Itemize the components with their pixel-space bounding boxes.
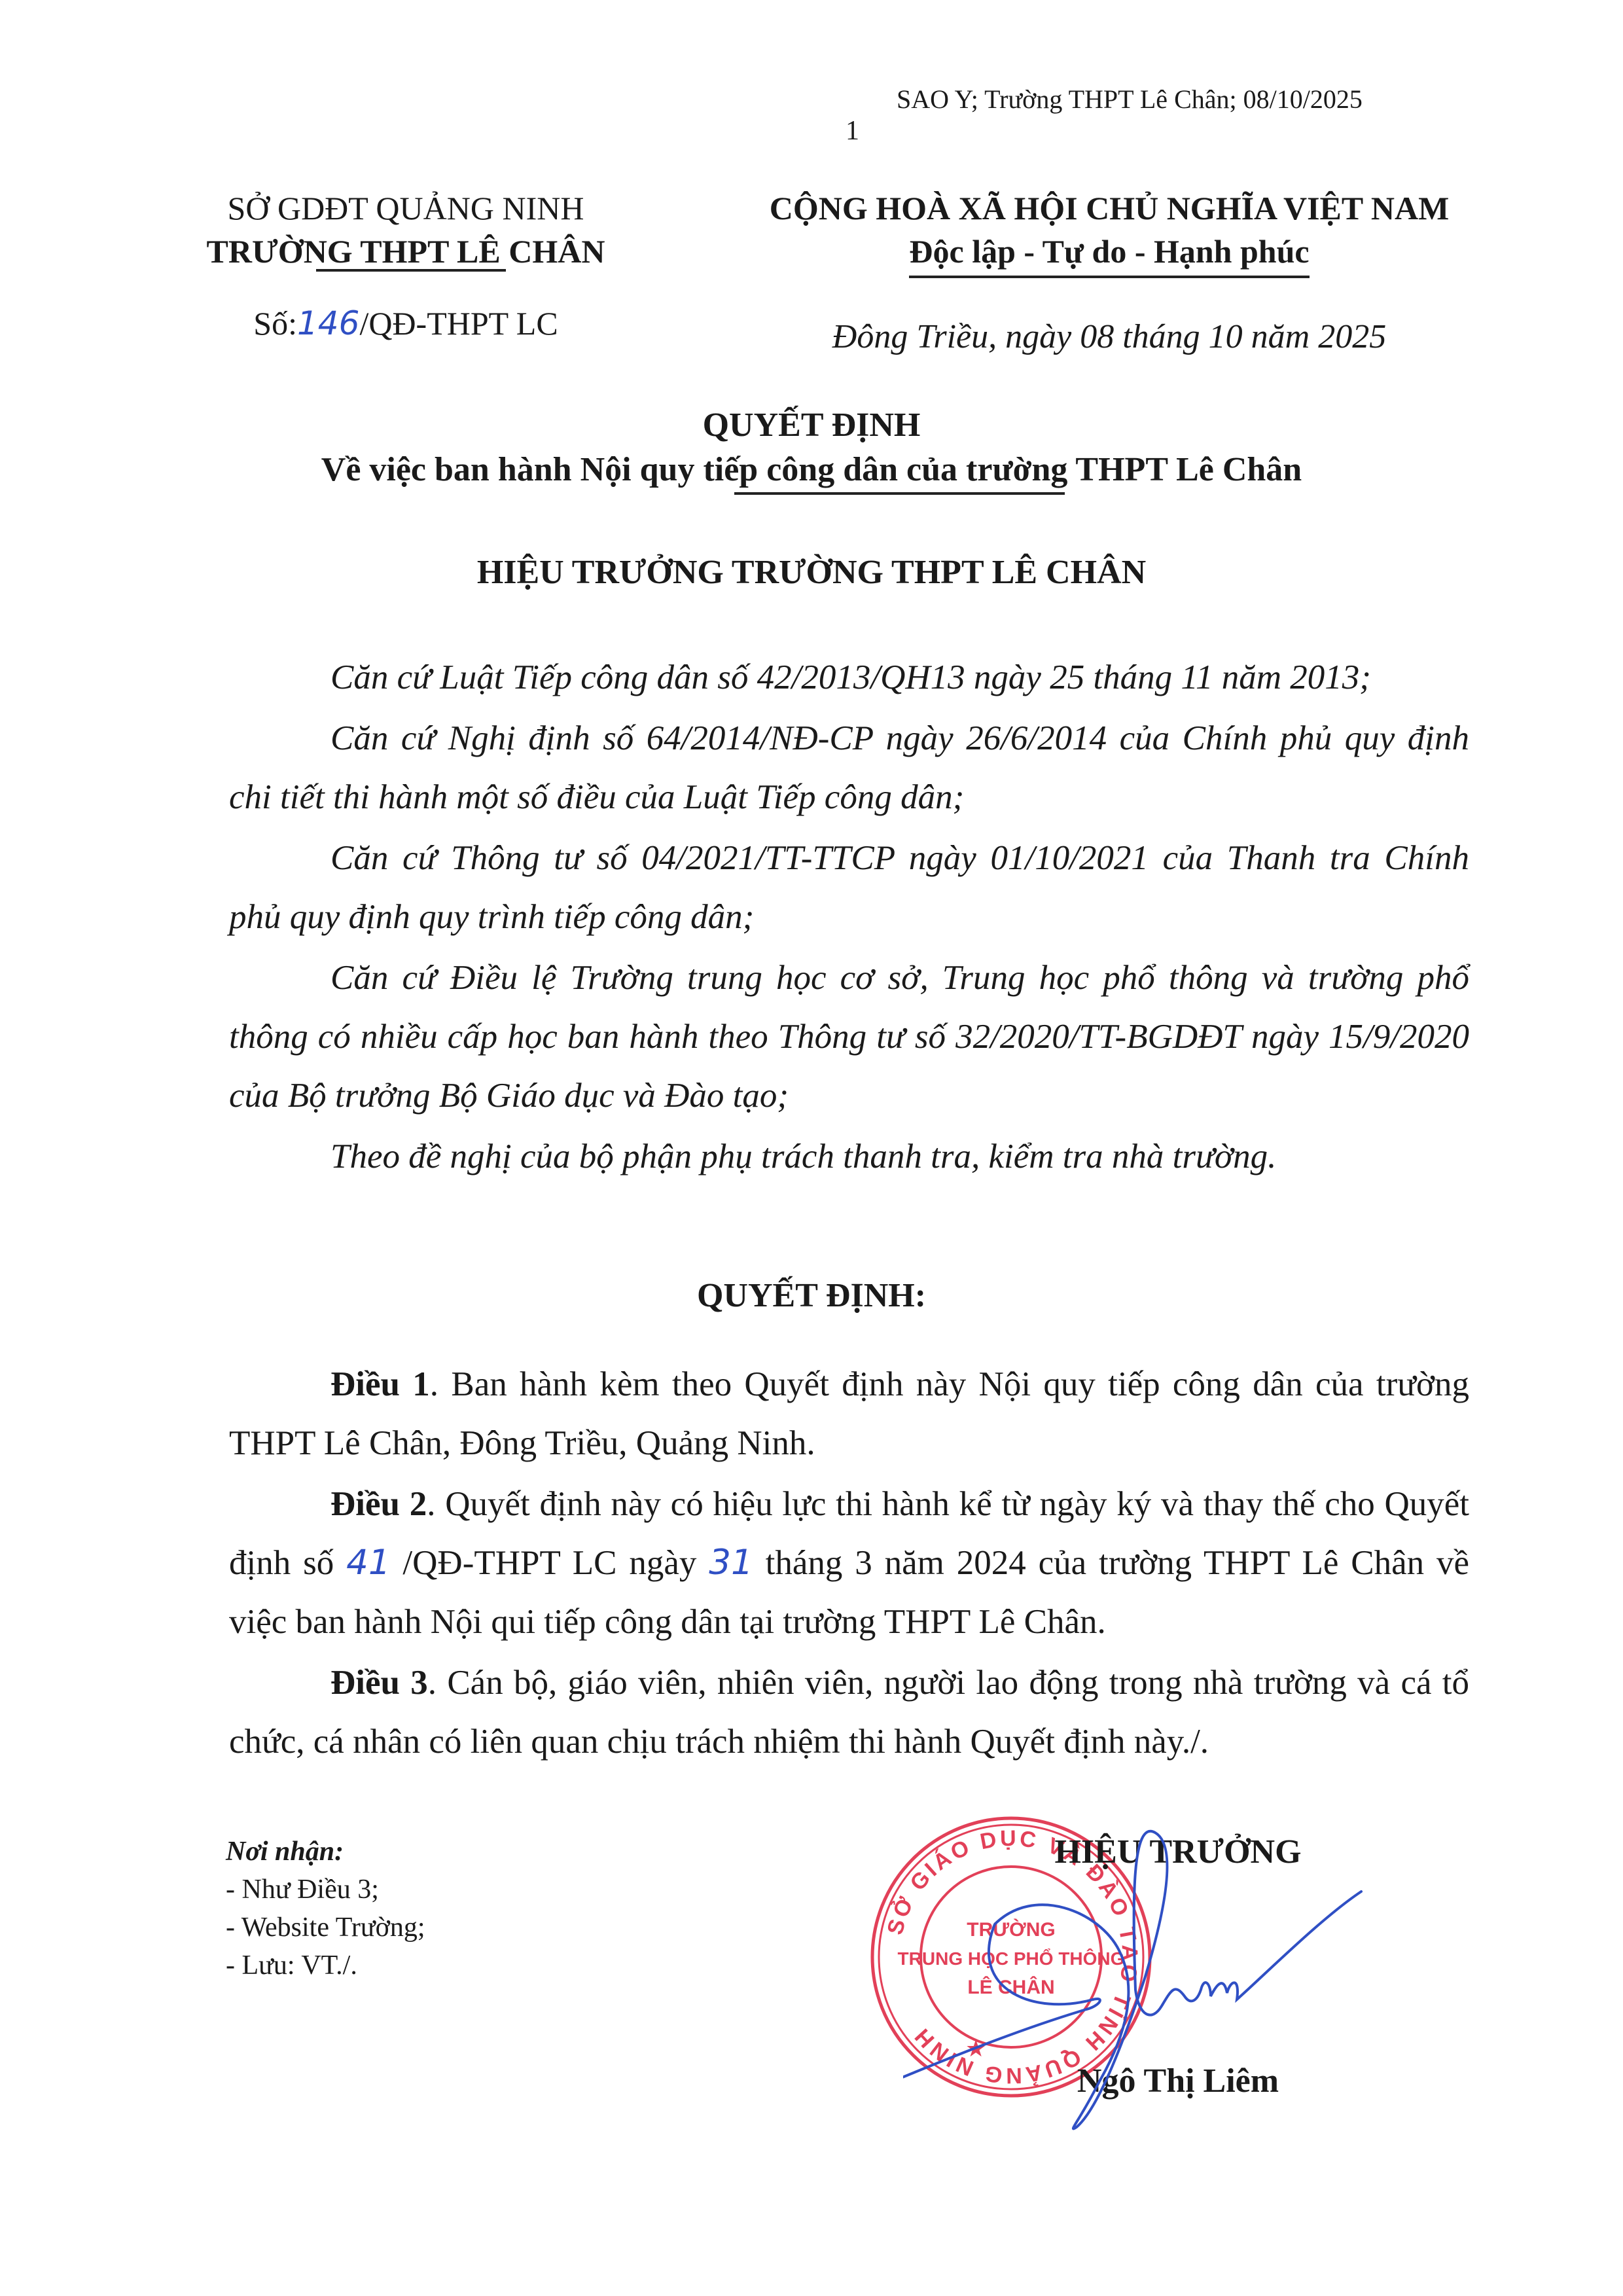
header-left-underline bbox=[316, 269, 506, 272]
legal-basis: Theo đề nghị của bộ phận phụ trách thanh… bbox=[229, 1127, 1469, 1186]
article-label: Điều 2 bbox=[330, 1485, 427, 1523]
article-label: Điều 3 bbox=[330, 1664, 428, 1702]
handwritten-day: 31 bbox=[709, 1543, 753, 1583]
legal-basis: Căn cứ Luật Tiếp công dân số 42/2013/QH1… bbox=[229, 648, 1469, 707]
issuing-authority-heading: HIỆU TRƯỞNG TRƯỜNG THPT LÊ CHÂN bbox=[0, 553, 1623, 592]
document-subtitle: Về việc ban hành Nội quy tiếp công dân c… bbox=[0, 450, 1623, 489]
document-title: QUYẾT ĐỊNH bbox=[0, 406, 1623, 444]
legal-basis: Căn cứ Thông tư số 04/2021/TT-TTCP ngày … bbox=[229, 829, 1469, 946]
legal-bases: Căn cứ Luật Tiếp công dân số 42/2013/QH1… bbox=[229, 648, 1469, 1188]
legal-basis: Căn cứ Nghị định số 64/2014/NĐ-CP ngày 2… bbox=[229, 709, 1469, 827]
article-1: Điều 1. Ban hành kèm theo Quyết định này… bbox=[229, 1355, 1469, 1473]
document-number: Số:146/QĐ-THPT LC bbox=[164, 304, 648, 342]
copy-certification: SAO Y; Trường THPT Lê Chân; 08/10/2025 bbox=[897, 84, 1363, 115]
recipient-item: - Như Điều 3; bbox=[226, 1871, 425, 1909]
department-name: SỞ GDĐT QUẢNG NINH bbox=[164, 187, 648, 230]
school-name-text: TRƯỜNG THPT LÊ CHÂN bbox=[207, 233, 605, 270]
recipients-label: Nơi nhận: bbox=[226, 1833, 425, 1871]
page-number: 1 bbox=[846, 115, 859, 147]
national-motto: Độc lập - Tự do - Hạnh phúc bbox=[909, 230, 1309, 278]
recipient-item: - Website Trường; bbox=[226, 1909, 425, 1946]
recipient-item: - Lưu: VT./. bbox=[226, 1946, 425, 1984]
subtitle-underline bbox=[734, 492, 1065, 495]
articles: Điều 1. Ban hành kèm theo Quyết định này… bbox=[229, 1355, 1469, 1773]
place-date: Đông Triều, ngày 08 tháng 10 năm 2025 bbox=[726, 317, 1492, 356]
decision-heading: QUYẾT ĐỊNH: bbox=[0, 1276, 1623, 1315]
article-3: Điều 3. Cán bộ, giáo viên, nhiên viên, n… bbox=[229, 1653, 1469, 1771]
issuing-authority: SỞ GDĐT QUẢNG NINH TRƯỜNG THPT LÊ CHÂN bbox=[164, 187, 648, 276]
handwritten-number: 41 bbox=[346, 1543, 390, 1583]
number-prefix: Số: bbox=[253, 305, 297, 342]
article-text: /QĐ-THPT LC ngày bbox=[391, 1544, 709, 1582]
handwritten-signature-icon bbox=[903, 1820, 1374, 2134]
school-name: TRƯỜNG THPT LÊ CHÂN bbox=[164, 230, 648, 273]
handwritten-number: 146 bbox=[297, 304, 359, 342]
recipients-block: Nơi nhận: - Như Điều 3; - Website Trường… bbox=[226, 1833, 425, 1984]
number-suffix: /QĐ-THPT LC bbox=[359, 305, 558, 342]
legal-basis: Căn cứ Điều lệ Trường trung học cơ sở, T… bbox=[229, 948, 1469, 1125]
article-label: Điều 1 bbox=[330, 1365, 430, 1403]
article-2: Điều 2. Quyết định này có hiệu lực thi h… bbox=[229, 1475, 1469, 1651]
country-name: CỘNG HOÀ XÃ HỘI CHỦ NGHĨA VIỆT NAM bbox=[726, 187, 1492, 230]
national-header: CỘNG HOÀ XÃ HỘI CHỦ NGHĨA VIỆT NAM Độc l… bbox=[726, 187, 1492, 278]
